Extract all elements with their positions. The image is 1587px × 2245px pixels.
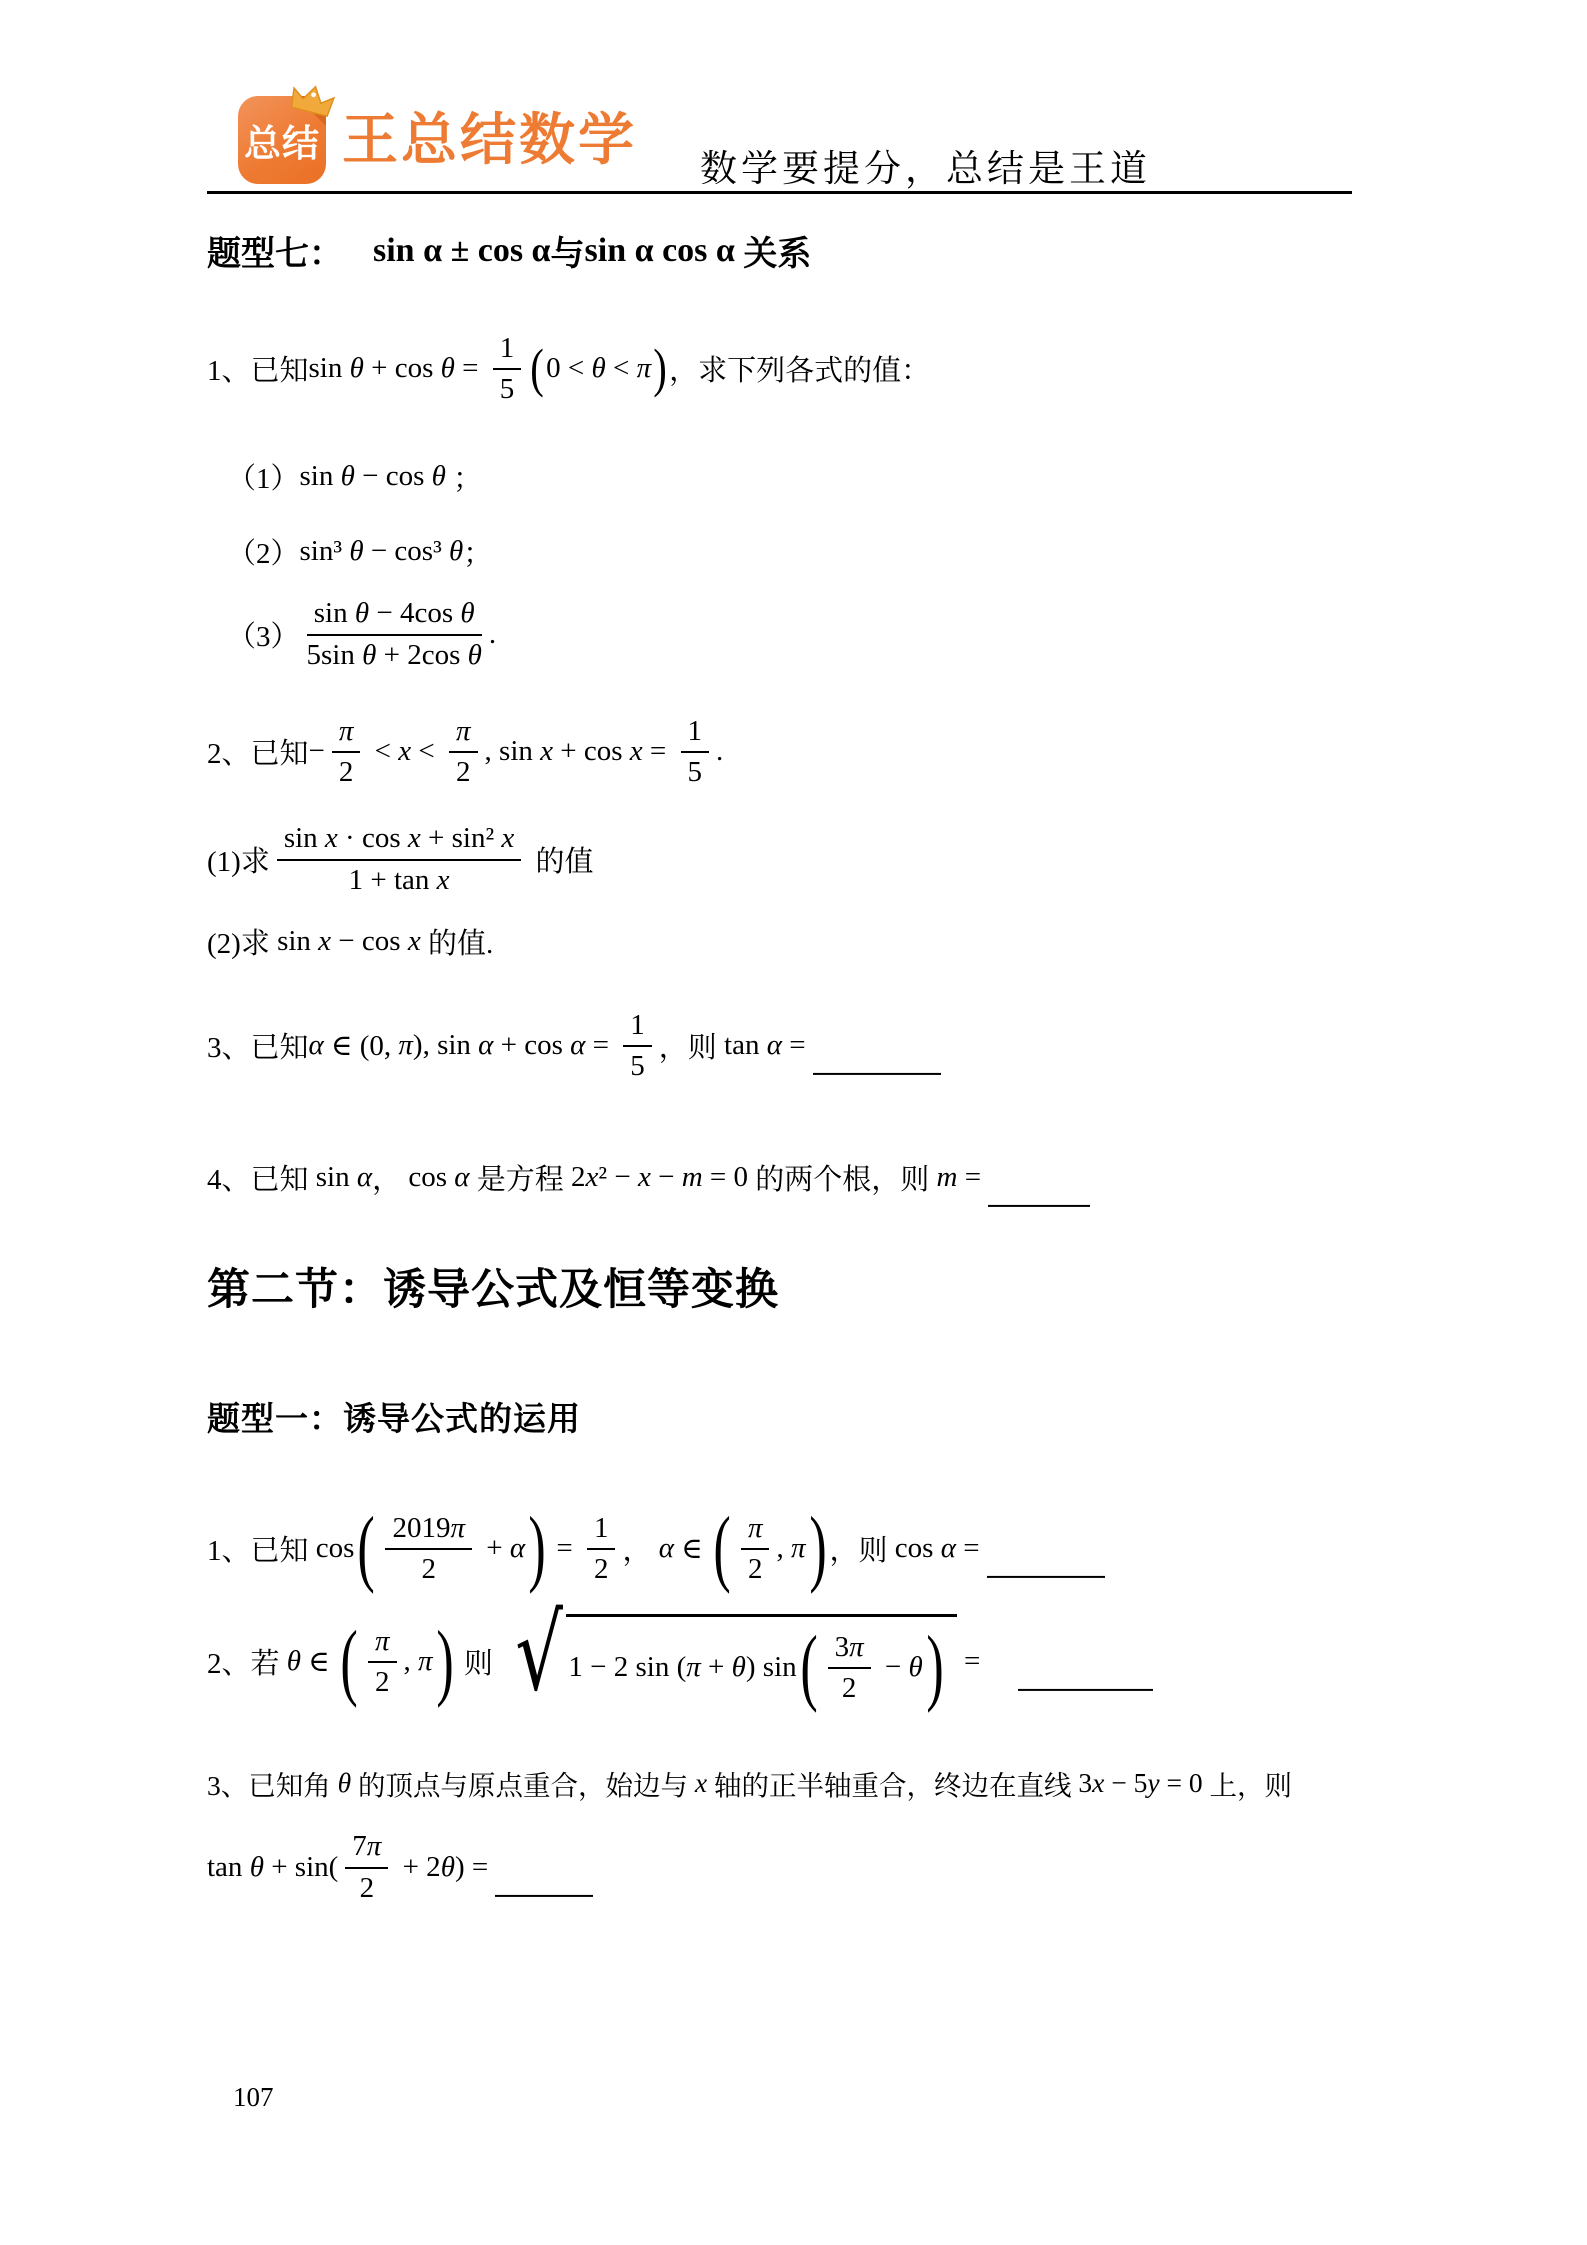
text-segment: 1 [688, 714, 703, 748]
fraction-denominator: 5sin θ + 2cos θ [307, 636, 482, 672]
text-segment: ， [372, 1157, 408, 1198]
text-segment: tan [207, 1851, 250, 1884]
fraction: 15 [623, 1008, 652, 1083]
text-segment: + cos [493, 1029, 570, 1062]
fraction-denominator: 2 [594, 1550, 609, 1586]
text-segment: x [408, 925, 421, 958]
text-segment: − 5 [1104, 1767, 1147, 1799]
text-segment: 2 [339, 755, 354, 789]
text-segment: θ [355, 596, 369, 630]
text-segment: （2） [227, 531, 300, 572]
worksheet-page: 总结 王总结数学 数学要提分，总结是王道 题型七：sin α ± cos α与s… [0, 0, 1587, 2245]
text-segment: θ [362, 638, 376, 672]
text-segment: 3、已知 [207, 1025, 309, 1066]
text-segment: α [357, 1161, 372, 1194]
text-segment: 1 [500, 331, 515, 365]
text-segment: = [957, 1161, 988, 1194]
fraction: π2 [332, 714, 361, 789]
text-segment: 轴的正半轴重合，终边在直线 [707, 1763, 1078, 1803]
text-segment: + [701, 1651, 732, 1684]
radical-sign: √ [515, 1604, 563, 1703]
text-segment: ，则 [659, 1025, 724, 1066]
problem-2: 2、已知−π2 < x < π2, sin x + cos x = 15. [207, 714, 1382, 789]
text-segment: 的顶点与原点重合，始边与 [351, 1763, 695, 1803]
text-segment: 则 [457, 1641, 501, 1682]
text-segment: cos [408, 1161, 454, 1194]
fraction-numerator: sin θ − 4cos θ [307, 596, 482, 635]
text-segment: 的值 [528, 839, 593, 880]
fraction-denominator: 5 [500, 370, 515, 406]
text-segment: sin [284, 821, 325, 855]
text-segment: ), sin [413, 1029, 478, 1062]
answer-blank [813, 1044, 941, 1075]
text-segment: − 4cos [369, 596, 460, 630]
text-segment: sin [277, 925, 318, 958]
text-segment: + cos [553, 735, 630, 768]
text-segment: θ [287, 1645, 301, 1678]
text-segment: θ [441, 352, 455, 385]
text-segment: α [570, 1029, 585, 1062]
text-segment: 2 [375, 1665, 390, 1699]
text-segment: 是方程 [470, 1157, 572, 1198]
fraction-numerator: 1 [587, 1511, 616, 1550]
text-segment: + sin( [264, 1851, 338, 1884]
text-segment: θ [338, 1767, 352, 1799]
fraction-denominator: 2 [360, 1869, 375, 1905]
text-segment: = [643, 735, 674, 768]
text-segment: 3 [835, 1630, 850, 1664]
paren: ( [530, 342, 544, 396]
text-segment: x [586, 1161, 599, 1194]
paren: ) [436, 1619, 453, 1705]
fraction: 15 [493, 331, 522, 406]
text-segment: 2019 [392, 1511, 450, 1545]
text-segment: θ [341, 460, 355, 493]
text-segment: ) = [455, 1851, 496, 1884]
answer-blank [987, 1547, 1105, 1578]
text-segment: π [375, 1624, 390, 1658]
text-segment: ， [622, 1528, 658, 1569]
text-segment: , [404, 1645, 419, 1678]
text-segment: − [878, 1651, 909, 1684]
problem-2-part-2: (2)求 sin x − cos x 的值. [207, 921, 1382, 962]
text-segment: ，求下列各式的值： [669, 348, 930, 389]
text-segment: 的值. [421, 921, 494, 962]
paren: ( [358, 1505, 375, 1591]
text-segment: = 0 [703, 1161, 748, 1194]
text-segment: cos [895, 1532, 941, 1565]
text-segment: 1、已知 [207, 1528, 316, 1569]
text-segment: − [651, 1161, 682, 1194]
problem-3: 3、已知α ∈ (0, π), sin α + cos α = 15，则 tan… [207, 1008, 1382, 1083]
text-segment: ； [463, 531, 492, 572]
text-segment: ； [446, 456, 482, 497]
text-segment: x [695, 1767, 707, 1799]
text-segment: − cos [355, 460, 432, 493]
text-segment: , sin [485, 735, 541, 768]
text-segment: π [791, 1532, 806, 1565]
text-segment: α [478, 1029, 493, 1062]
paren: ( [340, 1619, 357, 1705]
text-segment: θ [441, 1851, 455, 1884]
text-segment: π [637, 352, 652, 385]
s2-problem-2: 2、若 θ ∈ (π2, π) 则 √1 − 2 sin (π + θ) sin… [207, 1614, 1382, 1709]
text-segment: , [776, 1532, 791, 1565]
fraction-numerator: 1 [493, 331, 522, 370]
text-segment: − [309, 735, 325, 768]
text-segment: 0 < [546, 352, 591, 385]
text-segment: π [367, 1829, 382, 1863]
text-segment: + 2 [395, 1851, 440, 1884]
text-segment: π [849, 1630, 864, 1664]
text-segment: （3） [227, 614, 300, 655]
fraction-numerator: 3π [828, 1630, 871, 1669]
section1-title: 题型七：sin α ± cos α与sin α cos α 关系 [207, 226, 1382, 275]
text-segment: sin [314, 596, 355, 630]
text-segment: x [318, 925, 331, 958]
text-segment: α [659, 1532, 674, 1565]
text-segment: ，则 [830, 1528, 895, 1569]
text-segment: ∈ [674, 1531, 710, 1566]
text-segment: 1 − 2 sin ( [568, 1651, 686, 1684]
fraction: sin x · cos x + sin² x1 + tan x [277, 821, 521, 896]
text-segment: y [1147, 1767, 1159, 1799]
text-segment: (1)求 [207, 839, 270, 880]
text-segment: 1 + tan [349, 863, 437, 897]
text-segment: 5sin [307, 638, 363, 672]
radicand: 1 − 2 sin (π + θ) sin(3π2 − θ) [566, 1614, 956, 1709]
fraction-denominator: 2 [842, 1669, 857, 1705]
text-segment: sin [309, 352, 350, 385]
paren: ( [800, 1624, 817, 1710]
text-segment: 1、已知 [207, 348, 309, 389]
text-segment: π [398, 1029, 413, 1062]
text-segment: α [510, 1532, 525, 1565]
text-segment: π [748, 1511, 763, 1545]
spacer [988, 1661, 1018, 1662]
text-segment: π [418, 1645, 433, 1678]
text-segment: x [638, 1161, 651, 1194]
text-segment: = [782, 1029, 813, 1062]
s2-problem-1: 1、已知 cos(2019π2 + α) = 12， α ∈ (π2, π)，则… [207, 1506, 1382, 1590]
text-segment: + [479, 1532, 510, 1565]
text-segment: π [339, 714, 354, 748]
text-segment: . [489, 618, 496, 651]
text-segment: θ [592, 352, 606, 385]
text-segment: （1） [227, 456, 300, 497]
text-segment: = [957, 1645, 988, 1678]
text-segment: 关系 [743, 226, 811, 275]
paren: ) [653, 342, 667, 396]
fraction-denominator: 5 [630, 1047, 645, 1083]
problem-1-part-3: （3）sin θ − 4cos θ5sin θ + 2cos θ. [227, 596, 1382, 671]
header-divider [207, 191, 1352, 194]
text-segment: x [325, 821, 338, 855]
text-segment: θ [432, 460, 446, 493]
problem-4: 4、已知 sin α， cos α 是方程 2x² − x − m = 0 的两… [207, 1157, 1382, 1198]
text-segment: 的两个根，则 [748, 1157, 937, 1198]
paren: ( [713, 1505, 730, 1591]
content: 题型七：sin α ± cos α与sin α cos α 关系 1、已知sin… [207, 212, 1382, 1905]
text-segment: m [937, 1161, 958, 1194]
text-segment: θ [349, 535, 363, 568]
s2-problem-3-line-1: 3、已知角 θ 的顶点与原点重合，始边与 x 轴的正半轴重合，终边在直线 3x … [207, 1763, 1382, 1803]
text-segment: sin³ [300, 535, 350, 568]
text-segment: 5 [630, 1049, 645, 1083]
text-segment: + cos [364, 352, 441, 385]
fraction-numerator: 2019π [385, 1511, 472, 1550]
radical: √1 − 2 sin (π + θ) sin(3π2 − θ) [506, 1614, 957, 1709]
fraction-numerator: π [449, 714, 478, 753]
fraction-denominator: 2 [421, 1550, 436, 1586]
text-segment: x [437, 863, 450, 897]
text-segment: 7 [352, 1829, 367, 1863]
text-segment: . [716, 735, 723, 768]
text-segment: θ [350, 352, 364, 385]
text-segment: θ [250, 1851, 264, 1884]
text-segment: π [456, 714, 471, 748]
text-segment: 2 [421, 1552, 436, 1586]
fraction-denominator: 2 [456, 753, 471, 789]
paren: ) [926, 1624, 943, 1710]
fraction-numerator: sin x · cos x + sin² x [277, 821, 521, 860]
text-segment: θ [468, 638, 482, 672]
page-number: 107 [233, 2082, 274, 2113]
problem-2-part-1: (1)求sin x · cos x + sin² x1 + tan x 的值 [207, 821, 1382, 896]
text-segment: x [408, 821, 421, 855]
fraction: 12 [587, 1511, 616, 1586]
text-segment: 2 [594, 1552, 609, 1586]
text-segment: < [411, 735, 442, 768]
text-segment: 2 [360, 1871, 375, 1905]
text-segment: m [682, 1161, 703, 1194]
fraction: π2 [368, 1624, 397, 1699]
text-segment: 2 [748, 1552, 763, 1586]
text-segment: ∈ (0, [324, 1028, 399, 1063]
text-segment: x [1092, 1767, 1104, 1799]
text-segment: 5 [500, 372, 515, 406]
text-segment: α [941, 1532, 956, 1565]
text-segment: ∈ [301, 1644, 337, 1679]
paren: ) [528, 1505, 545, 1591]
text-segment: 2、若 [207, 1641, 287, 1682]
text-segment: 1 [630, 1008, 645, 1042]
s2-problem-3-line-2: tan θ + sin(7π2 + 2θ) = [207, 1829, 1382, 1904]
text-segment: θ [909, 1651, 923, 1684]
text-segment: 2 [842, 1671, 857, 1705]
problem-1-part-2: （2）sin³ θ − cos³ θ； [227, 531, 1382, 572]
text-segment: 1 [594, 1511, 609, 1545]
text-segment: θ [732, 1651, 746, 1684]
fraction: 15 [681, 714, 710, 789]
text-segment: x [398, 735, 411, 768]
fraction: π2 [449, 714, 478, 789]
fraction-denominator: 2 [748, 1550, 763, 1586]
fraction-numerator: 1 [681, 714, 710, 753]
text-segment: ) sin [746, 1651, 797, 1684]
text-segment: tan [724, 1029, 767, 1062]
text-segment: sin [316, 1161, 357, 1194]
text-segment: 上，则 [1203, 1763, 1292, 1803]
problem-1-part-1: （1）sin θ − cos θ ； [227, 456, 1382, 497]
fraction-denominator: 1 + tan x [349, 861, 450, 897]
text-segment: − cos³ [364, 535, 449, 568]
text-segment: 2 [571, 1161, 586, 1194]
text-segment: θ [449, 535, 463, 568]
section2-heading: 第二节：诱导公式及恒等变换 [207, 1256, 1382, 1317]
text-segment: sin [300, 460, 341, 493]
text-segment: < [606, 352, 637, 385]
text-segment: < [367, 735, 398, 768]
tagline: 数学要提分，总结是王道 [700, 138, 1151, 192]
text-segment: x [630, 735, 643, 768]
text-segment: 题型七： [207, 226, 343, 275]
text-segment: 4、已知 [207, 1157, 316, 1198]
text-segment: x [501, 821, 514, 855]
text-segment: = [585, 1029, 616, 1062]
fraction-denominator: 5 [688, 753, 703, 789]
fraction-numerator: π [741, 1511, 770, 1550]
spacer [343, 250, 373, 251]
text-segment: (2)求 [207, 921, 277, 962]
text-segment: θ [460, 596, 474, 630]
fraction: 3π2 [828, 1630, 871, 1705]
text-segment: α [309, 1029, 324, 1062]
answer-blank [495, 1866, 593, 1897]
text-segment: π [450, 1511, 465, 1545]
text-segment: 2 [456, 755, 471, 789]
fraction: sin θ − 4cos θ5sin θ + 2cos θ [307, 596, 482, 671]
text-segment: = [549, 1532, 580, 1565]
text-segment: = [956, 1532, 987, 1565]
text-segment: π [686, 1651, 701, 1684]
text-segment: 3、已知角 [207, 1763, 338, 1803]
brand-name: 王总结数学 [342, 112, 637, 168]
text-segment: 2、已知 [207, 731, 309, 772]
text-segment: + sin² [421, 821, 502, 855]
text-segment: ² − [598, 1161, 638, 1194]
fraction: 2019π2 [385, 1511, 472, 1586]
text-segment: 与 [551, 226, 585, 275]
paren: ) [809, 1505, 826, 1591]
text-segment: = [455, 352, 486, 385]
fraction-numerator: 7π [345, 1829, 388, 1868]
text-segment: α [767, 1029, 782, 1062]
fraction-numerator: π [368, 1624, 397, 1663]
section2-subheading: 题型一：诱导公式的运用 [207, 1393, 1382, 1440]
answer-blank [988, 1176, 1090, 1207]
fraction-numerator: π [332, 714, 361, 753]
text-segment: α [454, 1161, 469, 1194]
fraction: π2 [741, 1511, 770, 1586]
answer-blank [1018, 1660, 1153, 1691]
fraction-denominator: 2 [375, 1663, 390, 1699]
text-segment: = 0 [1160, 1767, 1203, 1799]
text-segment: x [540, 735, 553, 768]
fraction-denominator: 2 [339, 753, 354, 789]
text-segment: sin α cos α [585, 232, 744, 270]
text-segment: cos [316, 1532, 355, 1565]
problem-1: 1、已知sin θ + cos θ = 15(0 < θ < π)，求下列各式的… [207, 331, 1382, 406]
text-segment: · cos [338, 821, 408, 855]
text-segment: 5 [688, 755, 703, 789]
text-segment: − cos [331, 925, 408, 958]
fraction: 7π2 [345, 1829, 388, 1904]
text-segment: 3 [1078, 1767, 1092, 1799]
text-segment: sin α ± cos α [373, 232, 551, 270]
fraction-numerator: 1 [623, 1008, 652, 1047]
text-segment: + 2cos [376, 638, 467, 672]
